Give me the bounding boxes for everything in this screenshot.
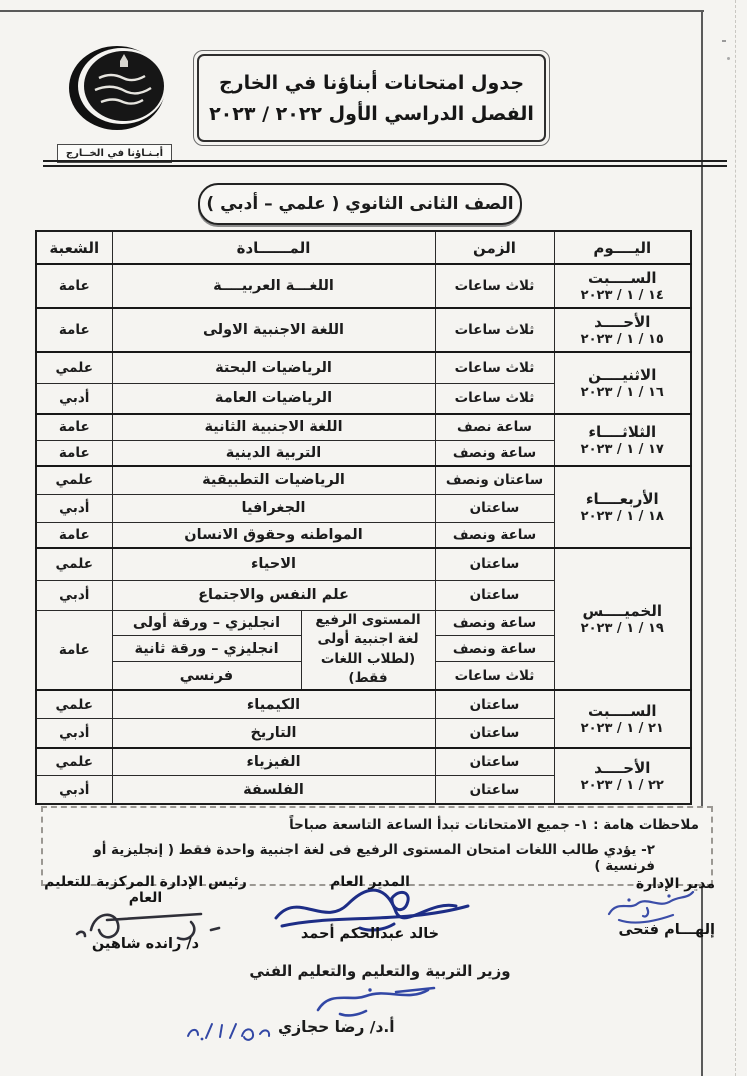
scanned-exam-schedule-page: أبـنـاؤنا في الخــارج جدول امتحانات أبنا… [0,0,747,1076]
document-semester-line: الفصل الدراسي الأول ٢٠٢٢ / ٢٠٢٣ [209,103,534,125]
subject-cell: اللغـــة العربيــــة [112,264,435,308]
time-cell: ثلاث ساعات [435,264,554,308]
time-cell: ساعة ونصف [435,636,554,662]
subject-cell: الرياضيات التطبيقية [112,466,435,494]
section-cell: عامة [36,308,112,352]
day-name: الأحــــد [558,313,688,332]
day-cell: الأحــــد ٢٢ / ١ / ٢٠٢٣ [554,748,691,804]
subject-cell: الجغرافيا [112,494,435,522]
signature-name: د/ رانده شاهين [28,936,263,952]
day-cell: الاثنيــــن ١٦ / ١ / ٢٠٢٣ [554,352,691,414]
document-title-inner-frame: جدول امتحانات أبناؤنا في الخارج الفصل ال… [197,54,546,142]
column-header-subject: المــــــادة [112,231,435,264]
high-level-language-merged-cell: المستوى الرفيع لغة اجنبية أولى (لطلاب ال… [301,610,435,690]
day-cell: الســــبت ٢١ / ١ / ٢٠٢٣ [554,690,691,748]
merged-subject-line: المستوى الرفيع [305,611,432,631]
time-cell: ساعة ونصف [435,522,554,548]
ministry-crescent-logo-icon [61,42,169,136]
time-cell: ساعتان [435,494,554,522]
exam-schedule-table: اليــــوم الزمن المــــــادة الشعبة السـ… [35,230,692,805]
section-cell: عامة [36,414,112,440]
time-cell: ثلاث ساعات [435,662,554,690]
note-line-2: ٢- يؤدي طالب اللغات امتحان المستوى الرفي… [55,842,699,874]
day-date: ١٩ / ١ / ٢٠٢٣ [558,621,688,636]
column-header-section: الشعبة [36,231,112,264]
scan-noise-speck [727,57,730,60]
section-cell: عامة [36,610,112,690]
signature-name: خالد عبدالحكم أحمد [255,926,485,942]
minister-block: وزير التربية والتعليم والتعليم الفني [170,962,590,1050]
signature-block-general-director: المدير العام خالد عبدالحكم أحمد [255,874,485,942]
table-row: الثلاثــــاء ١٧ / ١ / ٢٠٢٣ ساعة نصف اللغ… [36,414,691,440]
time-cell: ساعتان [435,690,554,719]
table-row: الســــبت ١٤ / ١ / ٢٠٢٣ ثلاث ساعات اللغـ… [36,264,691,308]
day-date: ٢٢ / ١ / ٢٠٢٣ [558,778,688,793]
subject-cell: علم النفس والاجتماع [112,580,435,610]
subject-cell: الكيمياء [112,690,435,719]
subject-cell: التربية الدينية [112,440,435,466]
time-cell: ثلاث ساعات [435,352,554,383]
section-cell: علمي [36,690,112,719]
day-date: ٢١ / ١ / ٢٠٢٣ [558,721,688,736]
subject-cell: اللغة الاجنبية الاولى [112,308,435,352]
day-cell: الســــبت ١٤ / ١ / ٢٠٢٣ [554,264,691,308]
document-title-box: جدول امتحانات أبناؤنا في الخارج الفصل ال… [193,50,550,146]
subject-cell: اللغة الاجنبية الثانية [112,414,435,440]
time-cell: ساعة ونصف [435,610,554,636]
time-cell: ساعتان [435,719,554,748]
ministry-logo-block: أبـنـاؤنا في الخــارج [57,42,172,163]
section-cell: أدبي [36,776,112,804]
day-name: الســــبت [558,702,688,721]
section-cell: أدبي [36,383,112,414]
minister-title: وزير التربية والتعليم والتعليم الفني [170,962,590,980]
minister-name: أ.د/ رضا حجازي [278,1018,395,1036]
signature-block-central-head: رئيس الإدارة المركزية للتعليم العام د/ ر… [28,874,263,952]
minister-signature-row: أ.د/ رضا حجازي [170,988,590,1050]
subject-cell: الرياضيات البحتة [112,352,435,383]
day-name: الســــبت [558,269,688,288]
day-name: الثلاثــــاء [558,423,688,442]
day-name: الخميــــس [558,602,688,621]
time-cell: ساعتان [435,748,554,776]
time-cell: ساعتان [435,548,554,580]
scan-frame-top-line [0,10,704,12]
section-cell: عامة [36,264,112,308]
section-cell: أدبي [36,494,112,522]
day-date: ١٧ / ١ / ٢٠٢٣ [558,442,688,457]
signature-title: مدير الإدارة [555,876,715,892]
grade-subtitle-box: الصف الثانى الثانوي ( علمي – أدبي ) [198,183,522,225]
table-row: الخميــــس ١٩ / ١ / ٢٠٢٣ ساعتان الاحياء … [36,548,691,580]
section-cell: علمي [36,548,112,580]
merged-subject-line: لغة اجنبية أولى [305,630,432,650]
time-cell: ساعتان ونصف [435,466,554,494]
time-cell: ثلاث ساعات [435,308,554,352]
section-cell: علمي [36,466,112,494]
time-cell: ثلاث ساعات [435,383,554,414]
table-header-row: اليــــوم الزمن المــــــادة الشعبة [36,231,691,264]
day-cell: الثلاثــــاء ١٧ / ١ / ٢٠٢٣ [554,414,691,466]
subject-cell: الفلسفة [112,776,435,804]
day-date: ١٥ / ١ / ٢٠٢٣ [558,332,688,347]
signature-block-admin-director: مدير الإدارة إلهـــام فتحى [545,876,715,938]
note-line-1: ملاحظات هامة : ١- جميع الامتحانات تبدأ ا… [55,817,699,833]
subject-cell: المواطنه وحقوق الانسان [112,522,435,548]
column-header-day: اليــــوم [554,231,691,264]
day-cell: الأربعــــاء ١٨ / ١ / ٢٠٢٣ [554,466,691,548]
table-row: الســــبت ٢١ / ١ / ٢٠٢٣ ساعتان الكيمياء … [36,690,691,719]
day-date: ١٤ / ١ / ٢٠٢٣ [558,288,688,303]
header-divider-rule [43,160,727,167]
section-cell: عامة [36,522,112,548]
subject-cell: الاحياء [112,548,435,580]
time-cell: ساعتان [435,580,554,610]
table-row: الأربعــــاء ١٨ / ١ / ٢٠٢٣ ساعتان ونصف ا… [36,466,691,494]
section-cell: عامة [36,440,112,466]
day-cell: الخميــــس ١٩ / ١ / ٢٠٢٣ [554,548,691,690]
paper-cell: انجليزي – ورقة أولى [112,610,301,636]
minister-signature-icon [300,982,450,1022]
paper-cell: انجليزي – ورقة ثانية [112,636,301,662]
day-name: الاثنيــــن [558,366,688,385]
grade-subtitle: الصف الثانى الثانوي ( علمي – أدبي ) [206,194,513,214]
section-cell: علمي [36,748,112,776]
subject-cell: التاريخ [112,719,435,748]
day-name: الأربعــــاء [558,490,688,509]
merged-subject-line: (لطلاب اللغات فقط) [305,650,432,689]
day-date: ١٨ / ١ / ٢٠٢٣ [558,509,688,524]
day-date: ١٦ / ١ / ٢٠٢٣ [558,385,688,400]
table-row: الأحــــد ١٥ / ١ / ٢٠٢٣ ثلاث ساعات اللغة… [36,308,691,352]
subject-cell: الفيزياء [112,748,435,776]
time-cell: ساعتان [435,776,554,804]
day-cell: الأحــــد ١٥ / ١ / ٢٠٢٣ [554,308,691,352]
table-row: الأحــــد ٢٢ / ١ / ٢٠٢٣ ساعتان الفيزياء … [36,748,691,776]
time-cell: ساعة نصف [435,414,554,440]
time-cell: ساعة ونصف [435,440,554,466]
subject-cell: الرياضيات العامة [112,383,435,414]
scan-page-edge-dotted-line [735,0,737,1076]
scan-noise-speck [722,40,726,42]
column-header-time: الزمن [435,231,554,264]
section-cell: علمي [36,352,112,383]
section-cell: أدبي [36,719,112,748]
table-row: الاثنيــــن ١٦ / ١ / ٢٠٢٣ ثلاث ساعات الر… [36,352,691,383]
minister-handwritten-date-icon [180,1010,275,1044]
section-cell: أدبي [36,580,112,610]
signature-name: إلهـــام فتحى [555,922,715,938]
day-name: الأحــــد [558,759,688,778]
document-title: جدول امتحانات أبناؤنا في الخارج [219,72,524,94]
paper-cell: فرنسي [112,662,301,690]
